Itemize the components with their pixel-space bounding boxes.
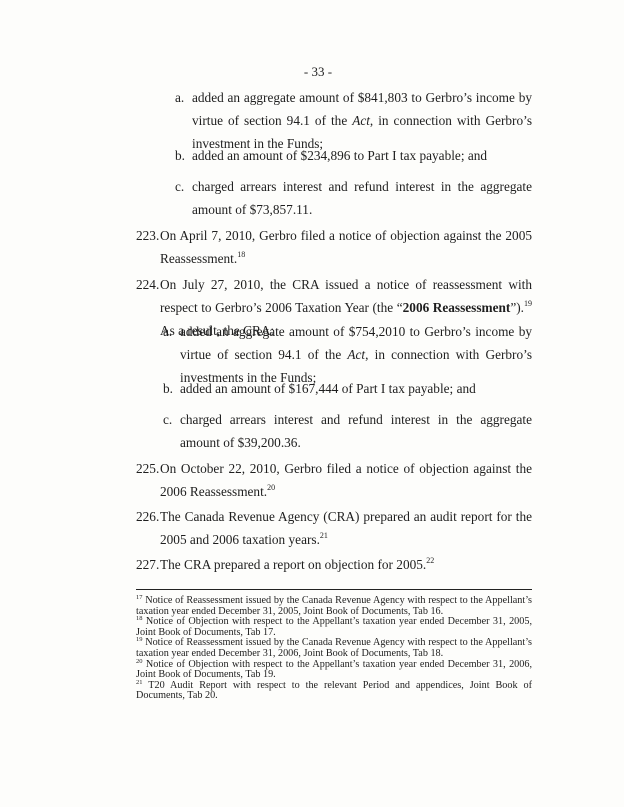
paragraph-225: 225. On October 22, 2010, Gerbro filed a… [136, 457, 532, 503]
list-item-224b: b. added an amount of $167,444 of Part I… [163, 377, 532, 400]
item-text: added an amount of $234,896 to Part I ta… [192, 144, 532, 167]
paragraph-text: On October 22, 2010, Gerbro filed a noti… [160, 457, 532, 503]
footnote-number: 19 [136, 636, 143, 643]
paragraph-number: 224. [136, 273, 159, 296]
item-label: b. [175, 144, 185, 167]
item-label: a. [163, 320, 172, 343]
footnote-18: 18 Notice of Objection with respect to t… [136, 617, 532, 638]
footnote-number: 21 [136, 679, 143, 686]
paragraph-text: The Canada Revenue Agency (CRA) prepared… [160, 505, 532, 551]
footnote-ref[interactable]: 22 [426, 556, 434, 565]
paragraph-number: 226. [136, 505, 159, 528]
item-text: charged arrears interest and refund inte… [180, 408, 532, 454]
footnote-number: 18 [136, 615, 143, 622]
paragraph-number: 223. [136, 224, 159, 247]
paragraph-226: 226. The Canada Revenue Agency (CRA) pre… [136, 505, 532, 551]
item-label: a. [175, 86, 184, 109]
item-text: added an amount of $167,444 of Part I ta… [180, 377, 532, 400]
defined-term: 2006 Reassessment [403, 300, 511, 315]
item-label: b. [163, 377, 173, 400]
item-label: c. [163, 408, 172, 431]
footnote-separator [136, 589, 532, 590]
footnote-number: 17 [136, 594, 143, 601]
paragraph-227: 227. The CRA prepared a report on object… [136, 553, 532, 576]
paragraph-text: On April 7, 2010, Gerbro filed a notice … [160, 224, 532, 270]
footnotes: 17 Notice of Reassessment issued by the … [136, 596, 532, 702]
item-label: c. [175, 175, 184, 198]
item-text: charged arrears interest and refund inte… [192, 175, 532, 221]
footnote-ref[interactable]: 20 [267, 483, 275, 492]
list-item-222b: b. added an amount of $234,896 to Part I… [175, 144, 532, 167]
list-item-224c: c. charged arrears interest and refund i… [163, 408, 532, 454]
footnote-17: 17 Notice of Reassessment issued by the … [136, 596, 532, 617]
footnote-21: 21 T20 Audit Report with respect to the … [136, 681, 532, 702]
footnote-ref[interactable]: 19 [524, 299, 532, 308]
footnote-20: 20 Notice of Objection with respect to t… [136, 660, 532, 681]
page-number: - 33 - [0, 64, 624, 80]
paragraph-number: 225. [136, 457, 159, 480]
footnote-ref[interactable]: 18 [237, 250, 245, 259]
paragraph-223: 223. On April 7, 2010, Gerbro filed a no… [136, 224, 532, 270]
paragraph-text: The CRA prepared a report on objection f… [160, 553, 532, 576]
paragraph-number: 227. [136, 553, 159, 576]
footnote-number: 20 [136, 658, 143, 665]
footnote-19: 19 Notice of Reassessment issued by the … [136, 638, 532, 659]
list-item-222c: c. charged arrears interest and refund i… [175, 175, 532, 221]
footnote-ref[interactable]: 21 [320, 531, 328, 540]
